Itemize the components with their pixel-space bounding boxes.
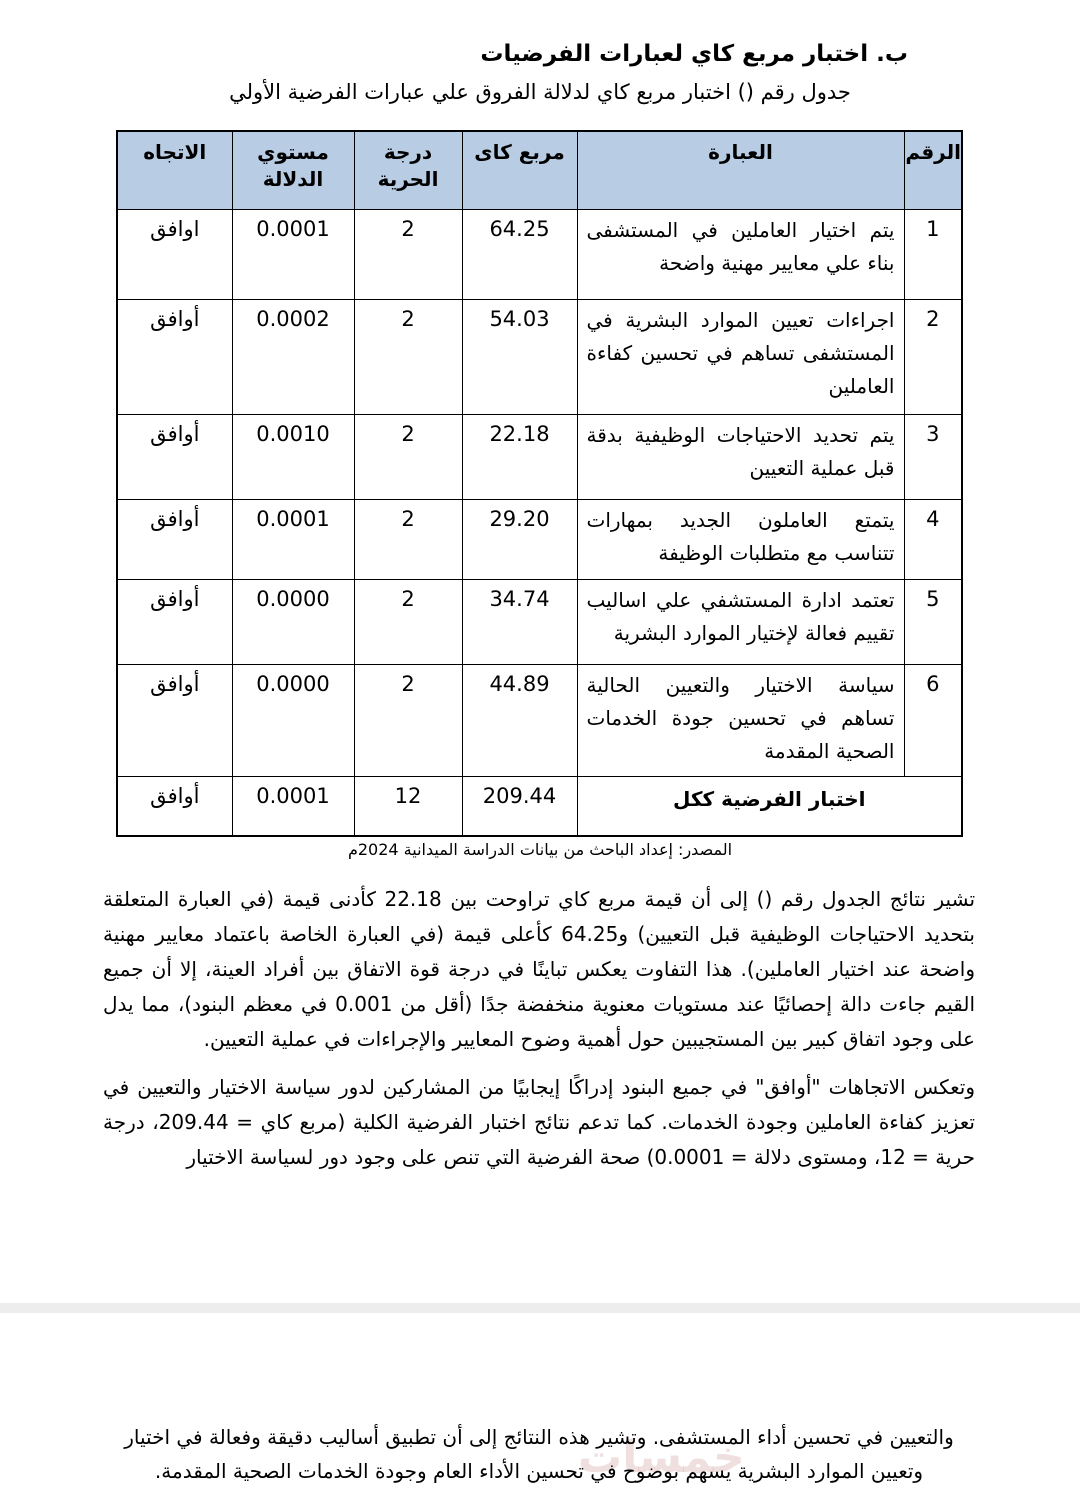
row-direction: أوافق xyxy=(117,579,232,664)
analysis-paragraph-2: وتعكس الاتجاهات "أوافق" في جميع البنود إ… xyxy=(103,1070,975,1175)
col-header-significance: مستوي الدلالة xyxy=(232,131,354,209)
row-df: 2 xyxy=(354,414,462,499)
row-number: 4 xyxy=(904,499,962,579)
table-caption: جدول رقم () اختبار مربع كاي لدلالة الفرو… xyxy=(0,80,1080,104)
row-chi-square: 29.20 xyxy=(462,499,577,579)
table-body: 1 يتم اختيار العاملين في المستشفى بناء ع… xyxy=(117,209,962,776)
total-chi-square: 209.44 xyxy=(462,776,577,836)
total-direction: أوافق xyxy=(117,776,232,836)
row-number: 3 xyxy=(904,414,962,499)
row-df: 2 xyxy=(354,209,462,299)
row-significance: 0.0000 xyxy=(232,579,354,664)
table-header-row: الرقم العبارة مربع كاى درجة الحرية مستوي… xyxy=(117,131,962,209)
row-number: 1 xyxy=(904,209,962,299)
row-direction: اوافق xyxy=(117,209,232,299)
page-separator xyxy=(0,1303,1080,1313)
col-header-direction: الاتجاه xyxy=(117,131,232,209)
total-row: اختبار الفرضية ككل 209.44 12 0.0001 أواف… xyxy=(117,776,962,836)
row-chi-square: 64.25 xyxy=(462,209,577,299)
row-significance: 0.0002 xyxy=(232,299,354,414)
row-direction: أوافق xyxy=(117,414,232,499)
row-df: 2 xyxy=(354,664,462,776)
row-number: 5 xyxy=(904,579,962,664)
row-statement: يتم اختيار العاملين في المستشفى بناء علي… xyxy=(577,209,904,299)
analysis-paragraph-3: والتعيين في تحسين أداء المستشفى. وتشير ه… xyxy=(103,1420,975,1488)
table-row: 6 سياسة الاختيار والتعيين الحالية تساهم … xyxy=(117,664,962,776)
row-statement: يتمتع العاملون الجديد بمهارات تتناسب مع … xyxy=(577,499,904,579)
section-heading: ب. اختبار مربع كاي لعبارات الفرضيات xyxy=(480,41,908,67)
col-header-chi-square: مربع كاى xyxy=(462,131,577,209)
col-header-number: الرقم xyxy=(904,131,962,209)
row-df: 2 xyxy=(354,579,462,664)
row-statement: اجراءات تعيين الموارد البشرية في المستشف… xyxy=(577,299,904,414)
row-significance: 0.0000 xyxy=(232,664,354,776)
row-chi-square: 22.18 xyxy=(462,414,577,499)
total-significance: 0.0001 xyxy=(232,776,354,836)
analysis-paragraph-1: تشير نتائج الجدول رقم () إلى أن قيمة مرب… xyxy=(103,882,975,1057)
document-page: { "page": { "heading": "ب. اختبار مربع ك… xyxy=(0,0,1080,1502)
row-direction: أوافق xyxy=(117,664,232,776)
total-df: 12 xyxy=(354,776,462,836)
row-statement: سياسة الاختيار والتعيين الحالية تساهم في… xyxy=(577,664,904,776)
table-row: 3 يتم تحديد الاحتياجات الوظيفية بدقة قبل… xyxy=(117,414,962,499)
row-df: 2 xyxy=(354,299,462,414)
row-direction: أوافق xyxy=(117,499,232,579)
table-row: 4 يتمتع العاملون الجديد بمهارات تتناسب م… xyxy=(117,499,962,579)
chi-square-table: الرقم العبارة مربع كاى درجة الحرية مستوي… xyxy=(116,130,963,837)
total-row-label: اختبار الفرضية ككل xyxy=(577,776,962,836)
row-significance: 0.0010 xyxy=(232,414,354,499)
row-direction: أوافق xyxy=(117,299,232,414)
row-significance: 0.0001 xyxy=(232,209,354,299)
row-number: 2 xyxy=(904,299,962,414)
table-row: 1 يتم اختيار العاملين في المستشفى بناء ع… xyxy=(117,209,962,299)
row-statement: تعتمد ادارة المستشفي علي اساليب تقييم فع… xyxy=(577,579,904,664)
table-row: 5 تعتمد ادارة المستشفي علي اساليب تقييم … xyxy=(117,579,962,664)
table-row: 2 اجراءات تعيين الموارد البشرية في المست… xyxy=(117,299,962,414)
row-number: 6 xyxy=(904,664,962,776)
col-header-statement: العبارة xyxy=(577,131,904,209)
table-source-note: المصدر: إعداد الباحث من بيانات الدراسة ا… xyxy=(0,840,1080,859)
row-statement: يتم تحديد الاحتياجات الوظيفية بدقة قبل ع… xyxy=(577,414,904,499)
row-chi-square: 54.03 xyxy=(462,299,577,414)
row-significance: 0.0001 xyxy=(232,499,354,579)
col-header-df: درجة الحرية xyxy=(354,131,462,209)
row-chi-square: 34.74 xyxy=(462,579,577,664)
row-df: 2 xyxy=(354,499,462,579)
row-chi-square: 44.89 xyxy=(462,664,577,776)
